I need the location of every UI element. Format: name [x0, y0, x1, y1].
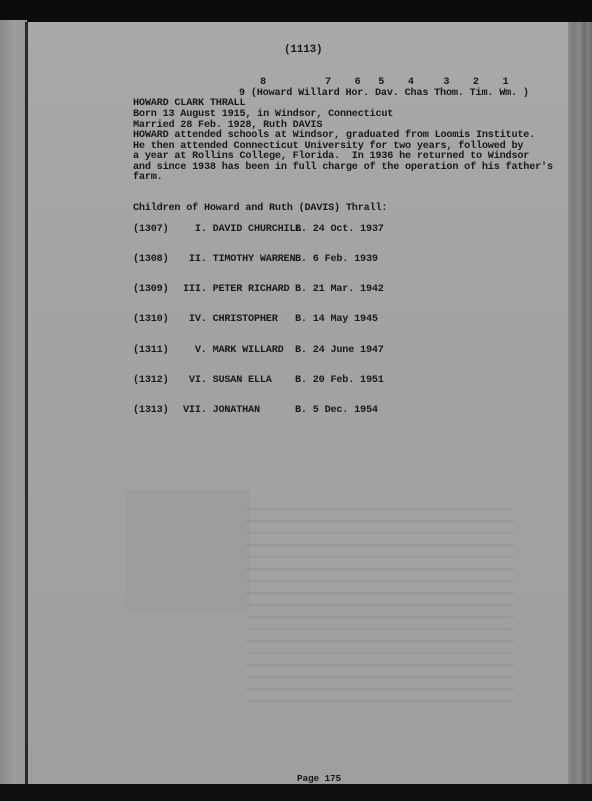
biography-line: a year at Rollins College, Florida. In 1… [133, 152, 553, 163]
child-name: I. DAVID CHURCHILL [183, 224, 301, 235]
scan-bottom-border [0, 784, 592, 801]
children-heading: Children of Howard and Ruth (DAVIS) Thra… [133, 203, 387, 214]
child-name: VII. JONATHAN [183, 405, 260, 416]
child-entry: (1307) I. DAVID CHURCHILLB. 24 Oct. 1937 [133, 224, 513, 238]
lineage-line: 9 (Howard Willard Hor. Dav. Chas Thom. T… [239, 88, 529, 99]
child-birth: B. 5 Dec. 1954 [295, 405, 378, 416]
child-entry: (1313)VII. JONATHANB. 5 Dec. 1954 [133, 405, 513, 419]
child-id: (1310) [133, 314, 168, 325]
child-entry: (1310) IV. CHRISTOPHERB. 14 May 1945 [133, 314, 513, 328]
child-entry: (1308) II. TIMOTHY WARRENB. 6 Feb. 1939 [133, 254, 513, 268]
child-id: (1308) [133, 254, 168, 265]
child-name: VI. SUSAN ELLA [183, 375, 272, 386]
child-id: (1312) [133, 375, 168, 386]
child-birth: B. 14 May 1945 [295, 314, 378, 325]
child-birth: B. 24 Oct. 1937 [295, 224, 384, 235]
birth-info: Born 13 August 1915, in Windsor, Connect… [133, 109, 393, 120]
record-number: (1113) [284, 45, 322, 56]
child-birth: B. 6 Feb. 1939 [295, 254, 378, 265]
child-birth: B. 24 June 1947 [295, 345, 384, 356]
page-stack-edge [568, 22, 592, 786]
biography: HOWARD attended schools at Windsor, grad… [133, 131, 553, 184]
child-id: (1309) [133, 284, 168, 295]
child-birth: B. 20 Feb. 1951 [295, 375, 384, 386]
biography-line: HOWARD attended schools at Windsor, grad… [133, 131, 553, 142]
child-entry: (1311) V. MARK WILLARDB. 24 June 1947 [133, 345, 513, 359]
child-name: V. MARK WILLARD [183, 345, 284, 356]
child-name: II. TIMOTHY WARREN [183, 254, 295, 265]
bleed-through-text [245, 500, 515, 705]
person-name: HOWARD CLARK THRALL [133, 98, 245, 109]
bleed-through-block [125, 490, 250, 612]
child-id: (1313) [133, 405, 168, 416]
child-id: (1307) [133, 224, 168, 235]
scan-top-border [0, 0, 592, 22]
child-entry: (1309)III. PETER RICHARDB. 21 Mar. 1942 [133, 284, 513, 298]
child-birth: B. 21 Mar. 1942 [295, 284, 384, 295]
child-name: III. PETER RICHARD [183, 284, 289, 295]
child-id: (1311) [133, 345, 168, 356]
child-entry: (1312) VI. SUSAN ELLAB. 20 Feb. 1951 [133, 375, 513, 389]
facing-page-edge [0, 20, 27, 792]
biography-line: farm. [133, 173, 553, 184]
biography-line: and since 1938 has been in full charge o… [133, 163, 553, 174]
child-name: IV. CHRISTOPHER [183, 314, 278, 325]
generation-numbers: 8 7 6 5 4 3 2 1 [260, 77, 508, 88]
page-number: Page 175 [297, 773, 341, 784]
